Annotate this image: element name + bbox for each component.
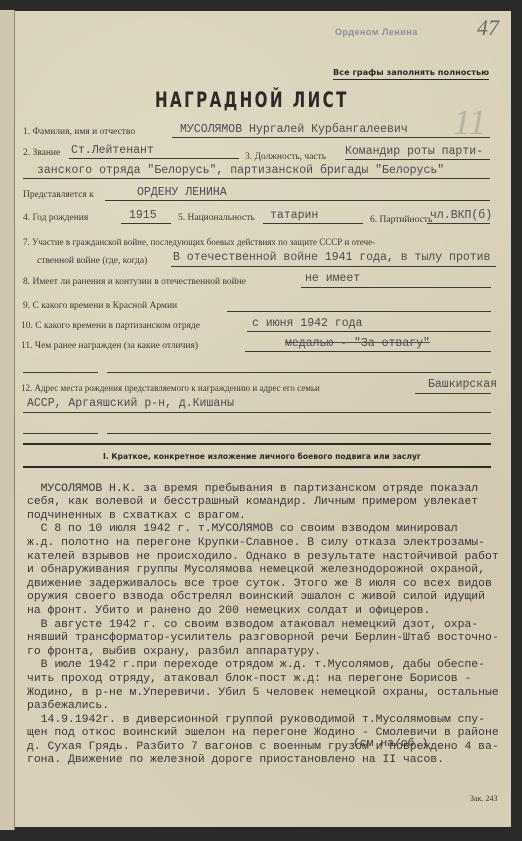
field-3-value-line1: Командир роты парти- — [345, 145, 483, 158]
underline — [227, 311, 491, 312]
field-11-label: 11. Чем ранее награжден (за какие отличи… — [21, 341, 198, 351]
continued-overleaf-note: (см на/об.) — [353, 738, 428, 752]
presented-label: Представляется к — [23, 190, 94, 200]
field-7-value: В отечественной войне 1941 года, в тылу … — [173, 251, 490, 264]
feat-description: МУСОЛЯМОВ Н.К. за время пребывания в пар… — [27, 469, 499, 768]
field-2-value: Ст.Лейтенант — [71, 144, 154, 157]
story-line: чить проход отряду, атаковал блок-пост ж… — [27, 673, 471, 685]
binding-edge — [0, 10, 15, 830]
order-number: Зак. 243 — [470, 794, 497, 803]
story-line: МУСОЛЯМОВ Н.К. за время пребывания в пар… — [27, 483, 478, 495]
field-7-label-line1: 7. Участие в гражданской войне, последую… — [23, 237, 375, 247]
field-2-label: 2. Звание — [23, 148, 60, 158]
story-line: Жодино, в р-не м.Уперевичи. Убил 5 челов… — [27, 687, 499, 699]
story-line: на фронт. Убито и ранено до 200 немецких… — [27, 605, 430, 617]
story-line: гона. Движение по железной дороге приост… — [27, 754, 444, 766]
underline — [105, 200, 490, 201]
underline — [121, 223, 171, 224]
section-bottom-rule — [23, 466, 491, 468]
field-11-value: медалью - "За отвагу" — [285, 337, 430, 350]
underline — [23, 412, 491, 413]
story-line: В июле 1942 г.при переходе отрядом ж.д. … — [27, 659, 485, 671]
underline — [263, 223, 363, 224]
underline — [301, 287, 491, 288]
field-6-value: чл.ВКП(б) — [430, 209, 492, 222]
story-line: оружия своего взвода обстрелял воинский … — [27, 591, 485, 603]
underline — [107, 372, 491, 373]
underline — [107, 433, 491, 434]
story-line: подчиненных в схватках с врагом. — [27, 510, 246, 522]
underline — [172, 137, 490, 138]
underline — [23, 178, 490, 179]
underline — [23, 372, 98, 373]
field-4-label: 4. Год рождения — [23, 213, 88, 223]
field-5-label: 5. Национальность — [178, 213, 255, 223]
underline — [427, 223, 490, 224]
story-line: го фронта, выбив охрану, разбил аппарату… — [27, 646, 321, 658]
field-9-label: 9. С какого времени в Красной Армии — [23, 301, 177, 311]
underline — [245, 351, 491, 352]
page-title: НАГРАДНОЙ ЛИСТ — [155, 88, 349, 112]
story-line: движение задерживалось все трое суток. Э… — [27, 578, 492, 590]
story-line: 14.9.1942г. в диверсионной группой руков… — [27, 714, 485, 726]
underline — [415, 393, 491, 394]
underline — [23, 433, 98, 434]
story-line: и обнаруживания группы Мусолямова немецк… — [27, 564, 485, 576]
field-3-label: 3. Должность, часть — [245, 152, 326, 162]
story-line: кателей взрывов не происходило. Однако в… — [27, 551, 499, 563]
order-stamp: Орденом Ленина — [335, 27, 418, 37]
field-6-label: 6. Партийность — [370, 215, 432, 225]
field-10-value: с июня 1942 года — [252, 317, 362, 330]
story-line: разбежались. — [27, 700, 109, 712]
story-line: себя, как волевой и бесстрашный командир… — [27, 496, 478, 508]
field-8-label: 8. Имеет ли ранения и контузии в отечест… — [23, 277, 246, 287]
section-top-rule — [23, 443, 491, 445]
section-heading: I. Краткое, конкретное изложение личного… — [103, 452, 421, 461]
field-12-value-line2: АССР, Аргаяшский р-н, д.Кишаны — [27, 397, 234, 410]
presented-value: ОРДЕНУ ЛЕНИНА — [137, 186, 227, 199]
underline — [345, 159, 490, 160]
underline — [247, 331, 491, 332]
field-8-value: не имеет — [305, 272, 360, 285]
field-7-label-line2: ственной войне (где, когда) — [37, 256, 147, 266]
field-12-label: 12. Адрес места рождения представляемого… — [21, 383, 320, 393]
field-3-value-line2: занского отряда "Белорусь", партизанской… — [37, 164, 444, 177]
underline — [171, 266, 496, 267]
award-sheet-page: Орденом Ленина 47 Все графы заполнять по… — [15, 11, 511, 827]
story-line: С 8 по 10 июля 1942 г. т.МУСОЛЯМОВ со св… — [27, 523, 458, 535]
field-1-value: МУСОЛЯМОВ Нургалей Курбангалеевич — [180, 123, 408, 136]
field-10-label: 10. С какого времени в партизанском отря… — [21, 321, 200, 331]
story-line: нявший трансформатор-усилитель разговорн… — [27, 632, 499, 644]
field-1-label: 1. Фамилия, имя и отчество — [23, 127, 135, 137]
underline — [69, 158, 239, 159]
story-line: В августе 1942 г. со своим взводом атако… — [27, 619, 478, 631]
field-5-value: татарин — [270, 209, 318, 222]
story-line: ж.д. полотно на перегоне Крупки-Славное.… — [27, 537, 485, 549]
field-4-value: 1915 — [129, 209, 157, 222]
field-12-value-line1: Башкирская — [428, 378, 497, 391]
handwritten-page-number: 47 — [477, 15, 499, 41]
fill-all-fields-notice: Все графы заполнять полностью — [333, 67, 489, 80]
